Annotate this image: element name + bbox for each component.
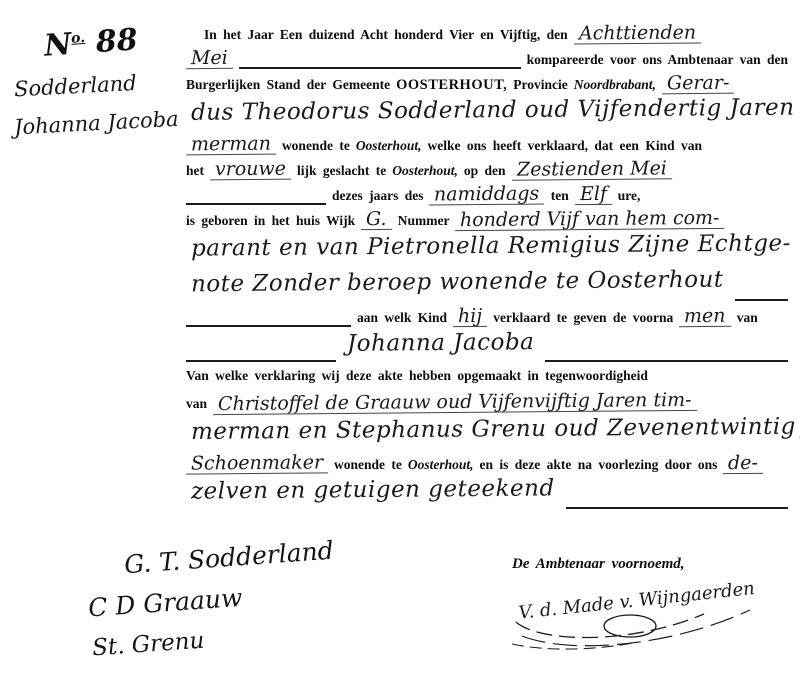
text-line: Schoenmakerwonende teOosterhout,en is de…	[186, 454, 788, 478]
blank-line	[186, 201, 326, 205]
blank-line	[545, 358, 788, 362]
printed-text: lijk geslacht te	[297, 163, 386, 179]
printed-text: van	[737, 310, 758, 326]
handwritten-text: merman en Stephanus Grenu oud Zevenentwi…	[186, 415, 800, 444]
margin-annotations: No. 88 Sodderland Johanna Jacoba	[14, 24, 182, 135]
text-line: parant en van Pietronella Remigius Zijne…	[186, 235, 788, 269]
handwritten-text: merman	[186, 135, 276, 156]
printed-text: kompareerde voor ons Ambtenaar van den	[527, 52, 788, 68]
margin-surname: Sodderland	[13, 69, 182, 102]
witness-signature: St. Grenu	[91, 619, 334, 662]
handwritten-text: Johanna Jacoba	[342, 331, 540, 356]
printed-text: Burgerlijken Stand der Gemeente	[186, 77, 390, 93]
handwritten-text: Mei	[186, 49, 233, 69]
handwritten-text: dus Theodorus Sodderland oud Vijfenderti…	[186, 96, 800, 125]
handwritten-text: namiddags	[429, 184, 544, 205]
text-line: aan welk Kindhijverklaard te geven de vo…	[186, 307, 788, 331]
handwritten-text: Gerar-	[662, 74, 735, 95]
birth-record-page: No. 88 Sodderland Johanna Jacoba In het …	[0, 0, 800, 700]
text-line: mermanwonende teOosterhout,welke ons hee…	[186, 135, 788, 159]
text-line: Johanna Jacoba	[186, 332, 788, 366]
text-line: Van welke verklaring wij deze akte hebbe…	[186, 368, 788, 392]
text-line: vanChristoffel de Graauw oud Vijfenvijft…	[186, 393, 788, 417]
printed-text: OOSTERHOUT,	[396, 77, 507, 94]
printed-text: wonende te	[334, 457, 402, 473]
handwritten-text: Elf	[575, 185, 612, 205]
handwritten-text: men	[679, 307, 731, 327]
printed-text: verklaard te geven de voorna	[493, 310, 673, 326]
printed-text: het	[186, 163, 204, 179]
handwritten-text: de-	[723, 454, 763, 474]
printed-text: is geboren in het huis Wijk	[186, 213, 355, 229]
printed-text: Oosterhout,	[356, 138, 422, 154]
text-line: Meikompareerde voor ons Ambtenaar van de…	[186, 49, 788, 73]
act-number-prefix: N	[43, 27, 73, 64]
printed-text: wonende te	[282, 138, 350, 154]
witness-signature: G. T. Sodderland	[123, 536, 334, 580]
handwritten-text: hij	[453, 307, 487, 327]
handwritten-text: Achttienden	[574, 23, 701, 44]
blank-line	[735, 297, 788, 301]
text-line: hetvrouwelijk geslacht teOosterhout,op d…	[186, 160, 788, 184]
handwritten-text: G.	[361, 210, 392, 230]
handwritten-text: Zestienden Mei	[511, 159, 671, 180]
printed-text: Noordbrabant,	[574, 77, 656, 93]
handwritten-text: honderd Vijf van hem com-	[455, 209, 725, 231]
printed-text: Provincie	[513, 77, 568, 93]
text-line: Burgerlijken Stand der GemeenteOOSTERHOU…	[186, 74, 788, 98]
act-body: In het Jaar Een duizend Acht honderd Vie…	[186, 24, 788, 515]
blank-line	[186, 358, 336, 362]
printed-text: ten	[551, 188, 569, 204]
printed-text: Oosterhout,	[408, 457, 474, 473]
printed-text: aan welk Kind	[357, 310, 447, 326]
printed-text: dezes jaars des	[332, 188, 423, 204]
blank-line	[566, 505, 788, 509]
printed-text: ure,	[618, 188, 641, 204]
printed-text: en is deze akte na voorlezing door ons	[480, 457, 718, 473]
printed-text: In het Jaar Een duizend Acht honderd Vie…	[186, 27, 568, 43]
blank-line	[186, 323, 351, 327]
act-number-value: 88	[95, 22, 139, 60]
official-title: De Ambtenaar voornoemd,	[512, 556, 782, 573]
text-line: dezes jaars desnamiddagstenElfure,	[186, 185, 788, 209]
handwritten-text: zelven en getuigen geteekend	[186, 477, 560, 503]
printed-text: Oosterhout,	[392, 163, 458, 179]
printed-text: op den	[464, 163, 506, 179]
printed-text: Nummer	[398, 213, 450, 229]
act-number: No. 88	[43, 19, 183, 64]
handwritten-text: Schoenmaker	[186, 453, 328, 474]
witness-signatures: G. T. SodderlandC D GraauwSt. Grenu	[88, 543, 334, 666]
handwritten-text: vrouwe	[210, 160, 291, 181]
official-block: De Ambtenaar voornoemd, V. d. Made v. Wi…	[512, 556, 782, 654]
text-line: dus Theodorus Sodderland oud Vijfenderti…	[186, 99, 788, 133]
text-line: merman en Stephanus Grenu oud Zevenentwi…	[186, 418, 788, 452]
printed-text: welke ons heeft verklaard, dat een Kind …	[427, 138, 702, 154]
witness-signature: C D Graauw	[87, 576, 334, 622]
text-line: In het Jaar Een duizend Acht honderd Vie…	[186, 24, 788, 48]
printed-text: Van welke verklaring wij deze akte hebbe…	[186, 368, 648, 384]
handwritten-text: Christoffel de Graauw oud Vijfenvijftig …	[213, 391, 697, 415]
margin-given-names: Johanna Jacoba	[13, 107, 182, 140]
text-line: zelven en getuigen geteekend	[186, 479, 788, 513]
text-line: note Zonder beroep wonende te Oosterhout	[186, 271, 788, 305]
act-number-ordinal: o.	[71, 30, 86, 47]
handwritten-text: parant en van Pietronella Remigius Zijne…	[186, 232, 796, 260]
handwritten-text: note Zonder beroep wonende te Oosterhout	[186, 269, 729, 297]
blank-line	[239, 65, 521, 69]
printed-text: van	[186, 396, 207, 412]
